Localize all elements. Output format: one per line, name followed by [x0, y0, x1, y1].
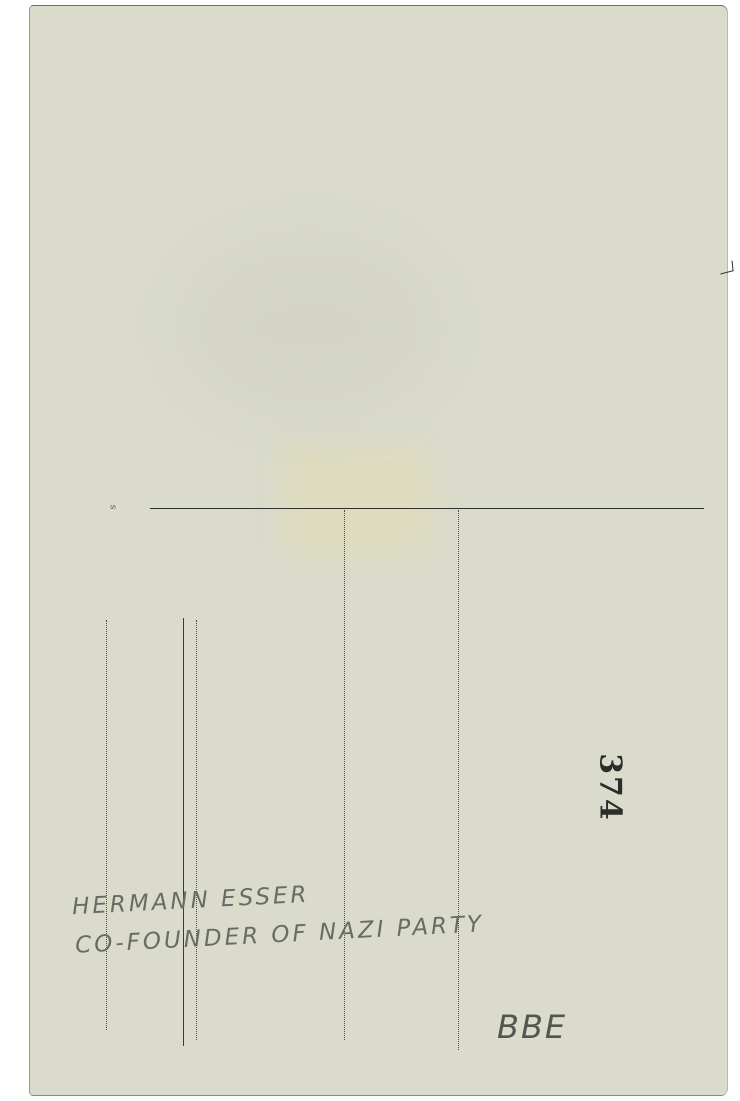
pencil-tick-mark [719, 261, 733, 275]
dotted-rule-3 [344, 510, 345, 1040]
handwritten-initials: BBE [497, 1008, 567, 1046]
stamp-number: 374 [593, 738, 628, 838]
dotted-rule-4 [458, 510, 459, 1050]
solid-rule [183, 618, 184, 1046]
dotted-rule-left [106, 620, 107, 1030]
divider-mark: s [107, 505, 117, 510]
dotted-rule-2 [196, 620, 197, 1040]
horizontal-divider-line [150, 508, 704, 509]
